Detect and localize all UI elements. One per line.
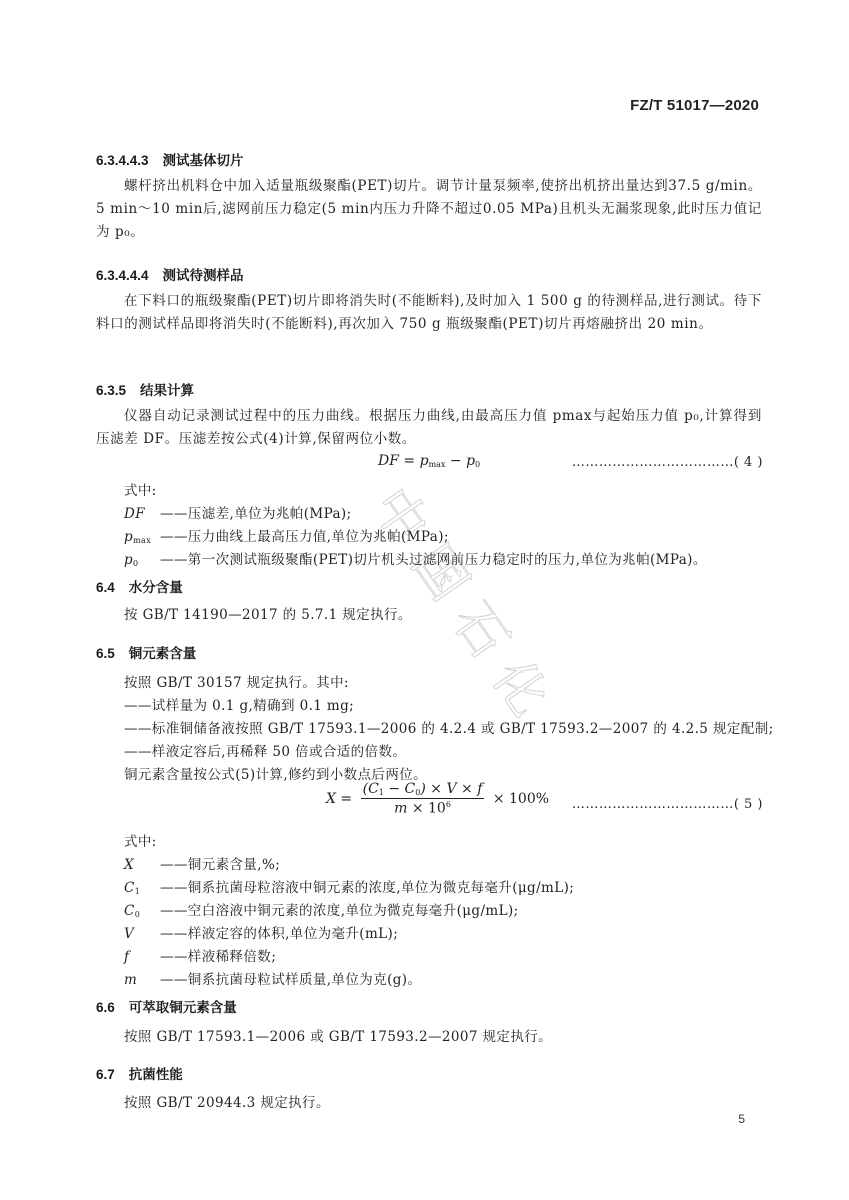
definition-x: X——铜元素含量,%; xyxy=(124,853,280,873)
leader-dots: ……………………………… xyxy=(572,797,734,812)
paragraph-base-chip-test: 螺杆挤出机料仓中加入适量瓶级聚酯(PET)切片。调节计量泵频率,使挤出机挤出量达… xyxy=(96,175,762,244)
equation-number-4: ………………………………( 4 ) xyxy=(572,455,763,470)
section-heading-6-5: 6.5铜元素含量 xyxy=(96,642,196,662)
paragraph-result-calculation: 仪器自动记录测试过程中的压力曲线。根据压力曲线,由最高压力值 pmax与起始压力… xyxy=(96,405,762,451)
section-title: 抗菌性能 xyxy=(129,1067,183,1083)
section-number: 6.3.4.4.3 xyxy=(96,153,149,168)
where-label: 式中: xyxy=(124,830,157,850)
list-item: ——标准铜储备液按照 GB/T 17593.1—2006 的 4.2.4 或 G… xyxy=(124,717,774,737)
leader-dots: ……………………………… xyxy=(572,455,734,470)
definition-v: V——样液定容的体积,单位为毫升(mL); xyxy=(124,922,398,942)
section-number: 6.6 xyxy=(96,1000,115,1015)
paragraph-antibacterial: 按照 GB/T 20944.3 规定执行。 xyxy=(124,1091,330,1111)
section-heading-6-3-4-4-4: 6.3.4.4.4测试待测样品 xyxy=(96,264,244,284)
where-label: 式中: xyxy=(124,479,157,499)
section-title: 测试基体切片 xyxy=(163,153,244,169)
formula-5: X = (C1 − C0) × V × f m × 106 × 100% xyxy=(326,781,549,817)
definition-pmax: pmax——压力曲线上最高压力值,单位为兆帕(MPa); xyxy=(124,525,449,545)
copper-calc-note: 铜元素含量按公式(5)计算,修约到小数点后两位。 xyxy=(124,763,427,783)
section-heading-6-6: 6.6可萃取铜元素含量 xyxy=(96,996,237,1016)
definition-c0: C0——空白溶液中铜元素的浓度,单位为微克每毫升(μg/mL); xyxy=(124,899,519,919)
list-item: ——试样量为 0.1 g,精确到 0.1 mg; xyxy=(124,694,354,714)
definition-f: f——样液稀释倍数; xyxy=(124,945,276,965)
section-number: 6.5 xyxy=(96,646,115,661)
section-heading-6-7: 6.7抗菌性能 xyxy=(96,1063,183,1083)
eq-number: ( 4 ) xyxy=(734,455,763,470)
fraction: (C1 − C0) × V × f m × 106 xyxy=(361,781,485,817)
section-title: 水分含量 xyxy=(129,580,183,596)
paragraph-moisture: 按 GB/T 14190—2017 的 5.7.1 规定执行。 xyxy=(124,603,412,623)
section-title: 可萃取铜元素含量 xyxy=(129,1000,237,1016)
equation-number-5: ………………………………( 5 ) xyxy=(572,797,763,812)
symbol: p0 xyxy=(124,552,160,568)
section-number: 6.7 xyxy=(96,1067,115,1082)
definition-df: DF——压滤差,单位为兆帕(MPa); xyxy=(124,502,352,522)
formula-4: DF = pmax − p0 xyxy=(378,453,480,469)
symbol: DF xyxy=(124,506,160,522)
section-title: 测试待测样品 xyxy=(163,268,244,284)
paragraph-extractable-copper: 按照 GB/T 17593.1—2006 或 GB/T 17593.2—2007… xyxy=(124,1025,552,1045)
page-number: 5 xyxy=(738,1112,745,1126)
section-title: 铜元素含量 xyxy=(129,646,197,662)
standard-code: FZ/T 51017—2020 xyxy=(630,97,759,114)
section-heading-6-4: 6.4水分含量 xyxy=(96,576,183,596)
definition-m: m——铜系抗菌母粒试样质量,单位为克(g)。 xyxy=(124,968,421,988)
formula-lhs: DF xyxy=(378,453,399,469)
paragraph-sample-test: 在下料口的瓶级聚酯(PET)切片即将消失时(不能断料),及时加入 1 500 g… xyxy=(96,290,762,336)
section-number: 6.3.5 xyxy=(96,383,126,398)
symbol: pmax xyxy=(124,529,160,545)
section-title: 结果计算 xyxy=(140,383,194,399)
definition-p0: p0——第一次测试瓶级聚酯(PET)切片机头过滤网前压力稳定时的压力,单位为兆帕… xyxy=(124,548,707,568)
list-item: ——样液定容后,再稀释 50 倍或合适的倍数。 xyxy=(124,740,406,760)
section-heading-6-3-5: 6.3.5结果计算 xyxy=(96,379,194,399)
section-heading-6-3-4-4-3: 6.3.4.4.3测试基体切片 xyxy=(96,149,244,169)
eq-number: ( 5 ) xyxy=(734,797,763,812)
section-number: 6.4 xyxy=(96,580,115,595)
section-number: 6.3.4.4.4 xyxy=(96,268,149,283)
definition-c1: C1——铜系抗菌母粒溶液中铜元素的浓度,单位为微克每毫升(μg/mL); xyxy=(124,876,574,896)
copper-intro: 按照 GB/T 30157 规定执行。其中: xyxy=(124,671,349,691)
document-page: 中国石化 FZ/T 51017—2020 6.3.4.4.3测试基体切片 螺杆挤… xyxy=(0,0,849,1200)
